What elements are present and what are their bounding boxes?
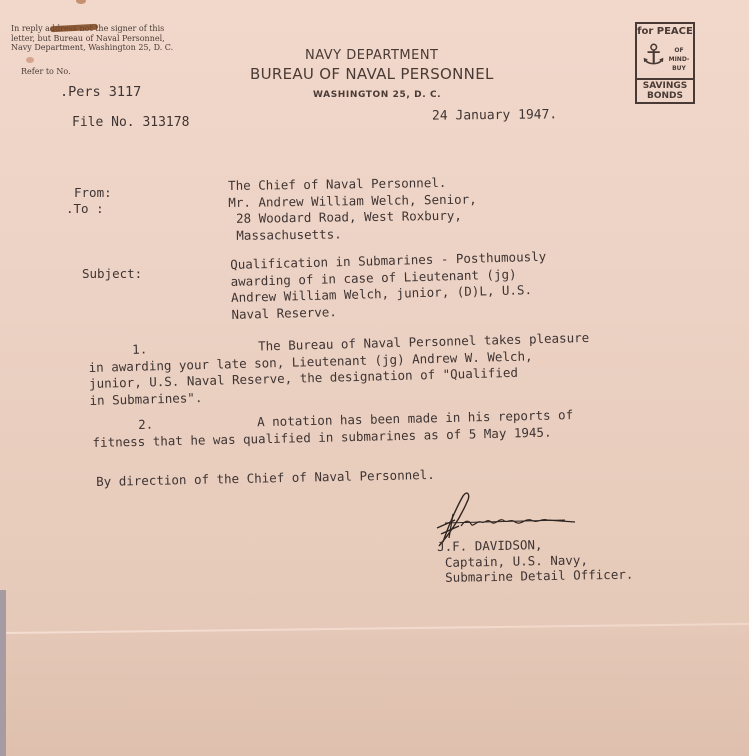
- background-edge: [0, 590, 6, 756]
- signature-block: J.F. DAVIDSON, Captain, U.S. Navy, Subma…: [437, 536, 633, 586]
- closing-line: By direction of the Chief of Naval Perso…: [96, 467, 435, 489]
- address-line: Massachusetts.: [229, 224, 478, 244]
- address-line: 28 Woodard Road, West Roxbury,: [228, 208, 477, 228]
- department-heading: NAVY DEPARTMENT: [305, 48, 439, 63]
- savings-bonds-stamp: for PEACE ⚓ OF MIND- BUY SAVINGS BONDS: [635, 22, 695, 104]
- subject-label: Subject:: [82, 266, 142, 281]
- lower-fold-panel: [6, 633, 749, 756]
- to-label: .To :: [66, 201, 104, 216]
- paragraph-1: 1.The Bureau of Naval Personnel takes pl…: [88, 330, 591, 409]
- reference-number: .Pers 3117: [60, 84, 141, 100]
- stamp-bottom-text: SAVINGS BONDS: [637, 78, 693, 102]
- location-heading: WASHINGTON 25, D. C.: [313, 90, 441, 100]
- anchor-icon: ⚓: [641, 40, 666, 70]
- letter-page: In reply address not the signer of this …: [0, 0, 749, 756]
- stain-mark: [26, 57, 34, 63]
- stamp-top-text: for PEACE: [637, 26, 693, 37]
- from-label: From:: [74, 185, 112, 200]
- letter-date: 24 January 1947.: [432, 107, 557, 123]
- subject-text: Qualification in Submarines - Posthumous…: [230, 249, 548, 323]
- stain-mark: [76, 0, 86, 4]
- reply-instruction: In reply address not the signer of this …: [11, 24, 191, 53]
- file-number: File No. 313178: [72, 115, 189, 130]
- stamp-side-text: OF MIND- BUY: [668, 46, 690, 73]
- signer-title: Submarine Detail Officer.: [438, 567, 634, 586]
- bureau-heading: BUREAU OF NAVAL PERSONNEL: [250, 65, 494, 83]
- refer-label: Refer to No.: [21, 67, 71, 76]
- address-block: The Chief of Naval Personnel. Mr. Andrew…: [228, 175, 477, 244]
- paragraph-2: 2.A notation has been made in his report…: [92, 407, 574, 451]
